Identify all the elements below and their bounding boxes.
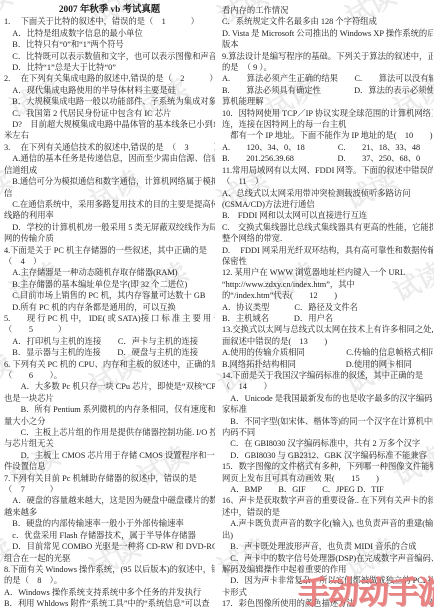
text-line: 14.下面是关于我国汉字编码标准的叙述，其中正确的是 [222,370,433,381]
text-line: 1. 下面关于比特的叙述中，错误的是（ 1 ） [4,16,215,27]
text-line: C．在 GBI8030 汉字编码标准中，共有 2 万多个汉字 [222,438,433,449]
text-line: D. Vista 是 Microsoft 公司推出的 Windows XP 操作… [222,28,433,39]
text-line: 6. 下列有关 PC 机的 CPU、内存和主板的叙述中，正确的是 [4,359,215,370]
text-line: B.通信可分为模拟通信和数字通信，计算机网络属于模拟通 [4,176,215,187]
text-line: A．协议类型 C．路径及文件名 [222,302,433,313]
text-line: 解码及编辑操作中起着重要的作用 [222,564,433,575]
page-title: 2007 年秋季 vb 考试真题 [4,5,215,16]
text-line: C．系统规定文件名最多由 128 个字符组成 [222,16,433,27]
text-line: B. 201.256.39.68 D. 37、250、68、0 [222,153,433,164]
text-line: D.所有 PC 机的内存条都是通用的，可以互换 [4,302,215,313]
text-line: 都有一个 IP 地址。下面不能作为 IP 地址的是( 10 ) [222,130,433,141]
text-line: C．主板上芯片组的作用是提供存储器控制功能. I/O 控制 [4,427,215,438]
text-line: A.声卡既负责声音的数字化(输入), 也负责声音的重建(输 [222,518,433,529]
text-line: C．声卡中的数字信号处理器(DSP)在完成数字声音编码、 [222,553,433,564]
text-line: A．比特是组成数字信息的最小单位 [4,28,215,39]
text-line: 出) [222,530,433,541]
text-line: C．我国第 2 代居民身份证中包含有 IC 芯片 [4,108,215,119]
text-line: 看内存的工作情况 [222,5,433,16]
text-line: 9.算法设计是编写程序的基础。下列关于算法的叙述中，正确 [222,51,433,62]
text-line: 卡形式 [222,587,433,598]
text-line: A. 算法必须产生正确的结果 C. 算法可以没有输出 [222,73,433,84]
text-line: C．比特既可以表示数值和文字，也可以表示图像和声音 [4,51,215,62]
text-line: A．BMP B．GIF C．JPEG D．TIF [222,484,433,495]
text-line: 4.下面是关于 PC 机主存储器的一些叙述，其中正确的是 [4,245,215,256]
text-line: B．所有 Pentium 系列微机的内存条相同，仅有速度和容 [4,404,215,415]
text-line: C. 交换式集线器比总线式集线器具有更高的性能，它能提高 [222,222,433,233]
text-line: （ 6 ）。 [4,370,215,381]
text-line: “http://www.zdxy.cn/index.htm”，其中 [222,279,433,290]
text-line: B. FDDI 网和以太网可以直接进行互连 [222,210,433,221]
text-line: D．主板上 CMOS 芯片用于存储 CMOS 设置程序和一些软硬 [4,450,215,461]
right-column: 看内存的工作情况C．系统规定文件名最多由 128 个字符组成D. Vista 是… [222,5,433,610]
text-line: 组合在一起的光驱 [4,553,215,564]
text-line: A．打印机与主机的连接 C．声卡与主机的连接 [4,336,215,347]
document-columns: 2007 年秋季 vb 考试真题 1. 下面关于比特的叙述中，错误的是（ 1 ）… [0,0,434,610]
text-line: 15．数字图像的文件格式有多种，下列哪一种图像文件能够在 [222,461,433,472]
text-line: 网页上发布且可具有动画效 果( 15 ) [222,473,433,484]
text-line: C.目前市场上销售的 PC 机，其内存容量可达数十 GB [4,290,215,301]
text-line: B.主存储器的基本编址单位是字(即 32 个二进位) [4,279,215,290]
text-line: A、总线式以太网采用带冲突检测载波侦听多路访问 [222,188,433,199]
text-line: 版本 [222,39,433,50]
text-line: 米左右 [4,130,215,141]
text-line: 的是 （ 9 ）。 [222,62,433,73]
text-line: B．利用 Whldows 附件“系统工具”中的“系统信息”可以查 [4,598,215,609]
text-line: 保密性 [222,256,433,267]
text-line: (CSMA/CD)方法进行通信 [222,199,433,210]
text-line: 8.下面有关 Windows 操作系统，(95 以后版本)的叙述中，错误 [4,564,215,575]
text-line: A.使用的传输介质相同 C.传输的信息帧格式相同 [222,347,433,358]
text-line: 11.常用局域网有以太网、FDDI 网等。下面的叙述中错误的是 [222,165,433,176]
text-line: 2. 在下列有关集成电路的叙述中,错误的是（ 2 ） [4,73,215,84]
text-line: 算机能理解 [222,96,433,107]
text-line: B．硬盘的内部传输速率一般小于外部传输速率 [4,518,215,529]
text-line: B．不同字型(如宋体、楷体等)的同一个汉字在计算机中的 [222,416,433,427]
text-line: D．比特“1”总是大于比特“0” [4,62,215,73]
text-line: 连，连接在因特网上的每一台主机 [222,119,433,130]
text-line: 的“/index.htm”代表( 12 ) [222,290,433,301]
text-line: 越来越多 [4,507,215,518]
text-line: B．大规模集成电路一般以功能部件、子系统为集成对象 [4,96,215,107]
text-line: B．声卡既处理波形声音，也负责 MIDI 音乐的合成 . [222,541,433,552]
text-line: 与芯片组无关 [4,438,215,449]
text-line: 网的传输介质 [4,233,215,244]
text-line: A.主存储器是一种动态随机存取存储器(RAM) [4,267,215,278]
text-line: c．优盘采用 Flash 存储器技术，属于半导体存储器 [4,530,215,541]
text-line: A．大多数 Pc 机只存一块 CPu 芯片，即使是“双核”CPU [4,381,215,392]
text-line: A．Windows 操作系统支持系统中多个任务的并发执行 [4,587,215,598]
text-line: 16、声卡是获取数字声音的重要设备.. 在下列有关声卡的叙 [222,495,433,506]
text-line: 整个网络的带宽. [222,233,433,244]
text-line: （ 5 ） [4,324,215,335]
text-line: 信 [4,188,215,199]
text-line: 17．彩色图像所使用的颜色描述方法 使 [222,598,433,609]
text-line: D．学校的计算机机房一般采用 5 类无屏蔽双绞线作为局域 [4,222,215,233]
text-line: A. 120、34、0、18 C. 21、18、33、48 [222,142,433,153]
text-line: 12. 某用户在 WWW 浏览器地址栏内键入一个 URL [222,267,433,278]
text-line: D．目前常见 COMBO 光驱是一种将 CD-RW 和 DVD-ROM [4,541,215,552]
text-line: D．GBI8030 与 GB2312、GBK 汉字编码标准不能兼容 [222,450,433,461]
text-line: 述中，错误的是 [222,507,433,518]
text-line: A．现代集成电路使用的半导体材料主要是硅 [4,85,215,96]
text-line: D．因为声卡非常复杂，所以它们都被做成独立的 PCI 插 [222,575,433,586]
text-line: B．显示器与主机的连接 D．硬盘与主机的连接 [4,347,215,358]
text-line: B．比特只有“0”和“1”两个符号 [4,39,215,50]
text-line: B.网络拓扑结构相同 D.使用的网卡相同 [222,359,433,370]
text-line: 信道组成 [4,165,215,176]
text-line: 件设置信息 [4,461,215,472]
text-line: 量大小之分 [4,416,215,427]
text-line: C.在通信系统中，采用多路复用技术的目的主要是提高传输 [4,199,215,210]
text-line: 家标准 [222,404,433,415]
text-line: B．主机域名 D．用户名 [222,313,433,324]
text-line: （ 11 ） [222,176,433,187]
text-line: 内码不同 [222,427,433,438]
left-column: 2007 年秋季 vb 考试真题 1. 下面关于比特的叙述中，错误的是（ 1 ）… [4,5,215,610]
right-column-lines: 看内存的工作情况C．系统规定文件名最多由 128 个字符组成D. Vista 是… [222,5,433,610]
text-line: D? 目前超大规模集成电路中晶体管的基本线条已小到1纳 [4,119,215,130]
text-line: B. 算法必须具有确定性 D．算法的表示必须使计 [222,85,433,96]
text-line: （ 4 ） [4,256,215,267]
text-line: （ 7 ） [4,484,215,495]
text-line: 面叙述中错误的是( 13 ) [222,336,433,347]
text-line: 7.下列有关目前 Pc 机辅助存储器的叙述中，错误的是 [4,473,215,484]
text-line: 的是（ 8 ）。 [4,575,215,586]
text-line: 10．因特网使用 TCP／IP 协议实现全球范围的计算机网络互 [222,108,433,119]
left-column-lines: 1. 下面关于比特的叙述中，错误的是（ 1 ） A．比特是组成数字信息的最小单位… [4,16,215,609]
exam-document: 试读试读试读试读试读试读试读试读试读试读试读试读试读试读试读试读试读试读试读试读… [0,0,434,614]
text-line: A．Unicode 是我国最新发布的也是收字最多的汉字编码国 [222,393,433,404]
text-line: A.通信的基本任务是传递信息，因而至少需由信源、信宿和 [4,153,215,164]
text-line: 线路的利用率 [4,210,215,221]
text-line: （ 14 ） [222,381,433,392]
text-line: 3. 在下列有关通信技术的叙述中,错误的是 （ 3 ） [4,142,215,153]
text-line: 5. 现 行 PC 机 中， IDE( 或 SATA)接 口 标 准 主 要 用… [4,313,215,324]
text-line: 13.交换式以太网与总线式以太网在技术上有许多相同之处,下 [222,324,433,335]
text-line: 也是一块芯片 [4,393,215,404]
text-line: D. FDDI 网采用光纤双环结构，具有高可靠性和数据传输的 [222,245,433,256]
text-line: A．硬盘的容量越来越大，这是因为硬盘中磁盘碟片的数目 [4,495,215,506]
